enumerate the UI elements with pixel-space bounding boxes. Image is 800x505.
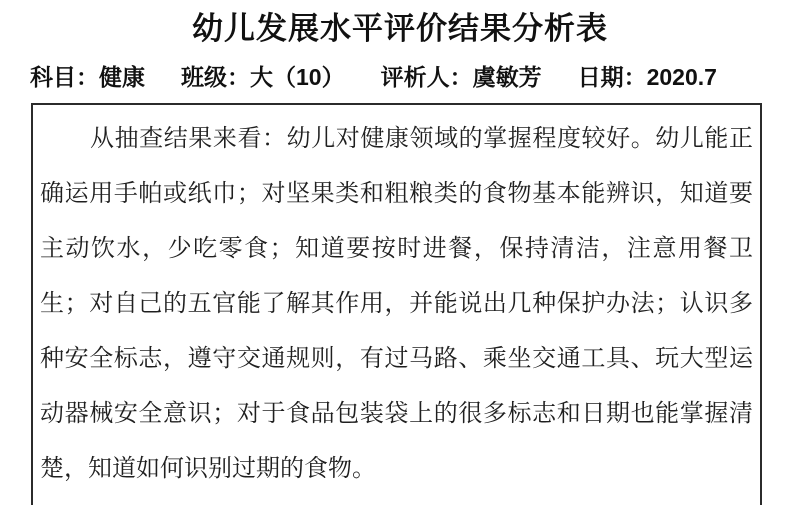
meta-class: 班级：大（10） [181, 59, 345, 92]
paragraph-line: 确运用手帕或纸巾；对坚果类和粗粮类的食物基本能辨识，知道要 [40, 166, 753, 221]
paragraph-line: 从抽查结果来看：幼儿对健康领域的掌握程度较好。幼儿能正 [40, 111, 753, 166]
analysis-text-box: 从抽查结果来看：幼儿对健康领域的掌握程度较好。幼儿能正 确运用手帕或纸巾；对坚果… [31, 103, 762, 505]
paragraph-line: 生；对自己的五官能了解其作用，并能说出几种保护办法；认识多 [40, 276, 753, 331]
paragraph-line: 种安全标志，遵守交通规则，有过马路、乘坐交通工具、玩大型运 [40, 331, 753, 386]
document-page: 幼儿发展水平评价结果分析表 科目：健康 班级：大（10） 评析人：虞敏芳 日期：… [0, 0, 800, 505]
meta-row: 科目：健康 班级：大（10） 评析人：虞敏芳 日期：2020.7 [30, 59, 770, 92]
meta-reviewer: 评析人：虞敏芳 [381, 59, 542, 92]
paragraph-line: 动器械安全意识；对于食品包装袋上的很多标志和日期也能掌握清 [40, 386, 753, 441]
meta-subject: 科目：健康 [30, 59, 145, 92]
paragraph-line: 主动饮水，少吃零食；知道要按时进餐，保持清洁，注意用餐卫 [40, 221, 753, 276]
paragraph-line: 楚，知道如何识别过期的食物。 [40, 441, 753, 496]
page-title: 幼儿发展水平评价结果分析表 [0, 3, 800, 48]
meta-date: 日期：2020.7 [578, 59, 717, 92]
